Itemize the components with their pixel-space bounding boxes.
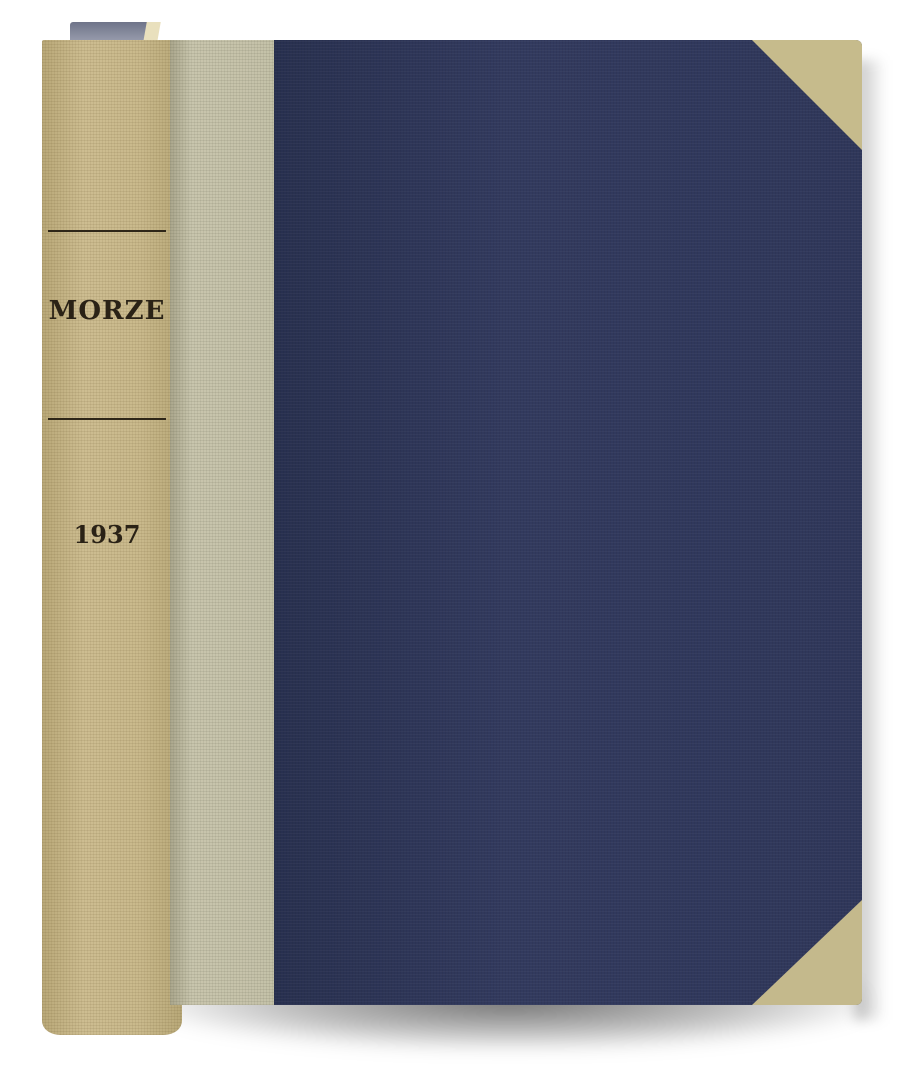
- spine-title: MORZE: [48, 296, 166, 326]
- headband: [70, 22, 150, 40]
- headcap: [143, 22, 161, 42]
- spine-year: 1937: [48, 520, 166, 549]
- hinge-cloth: [170, 40, 278, 1005]
- corner-top-right: [752, 40, 862, 150]
- spine-rule-top: [48, 230, 166, 232]
- spine-rule-bottom: [48, 418, 166, 420]
- front-cover: [274, 40, 862, 1005]
- corner-bottom-right: [752, 900, 862, 1005]
- book-photo: MORZE 1937: [0, 0, 923, 1067]
